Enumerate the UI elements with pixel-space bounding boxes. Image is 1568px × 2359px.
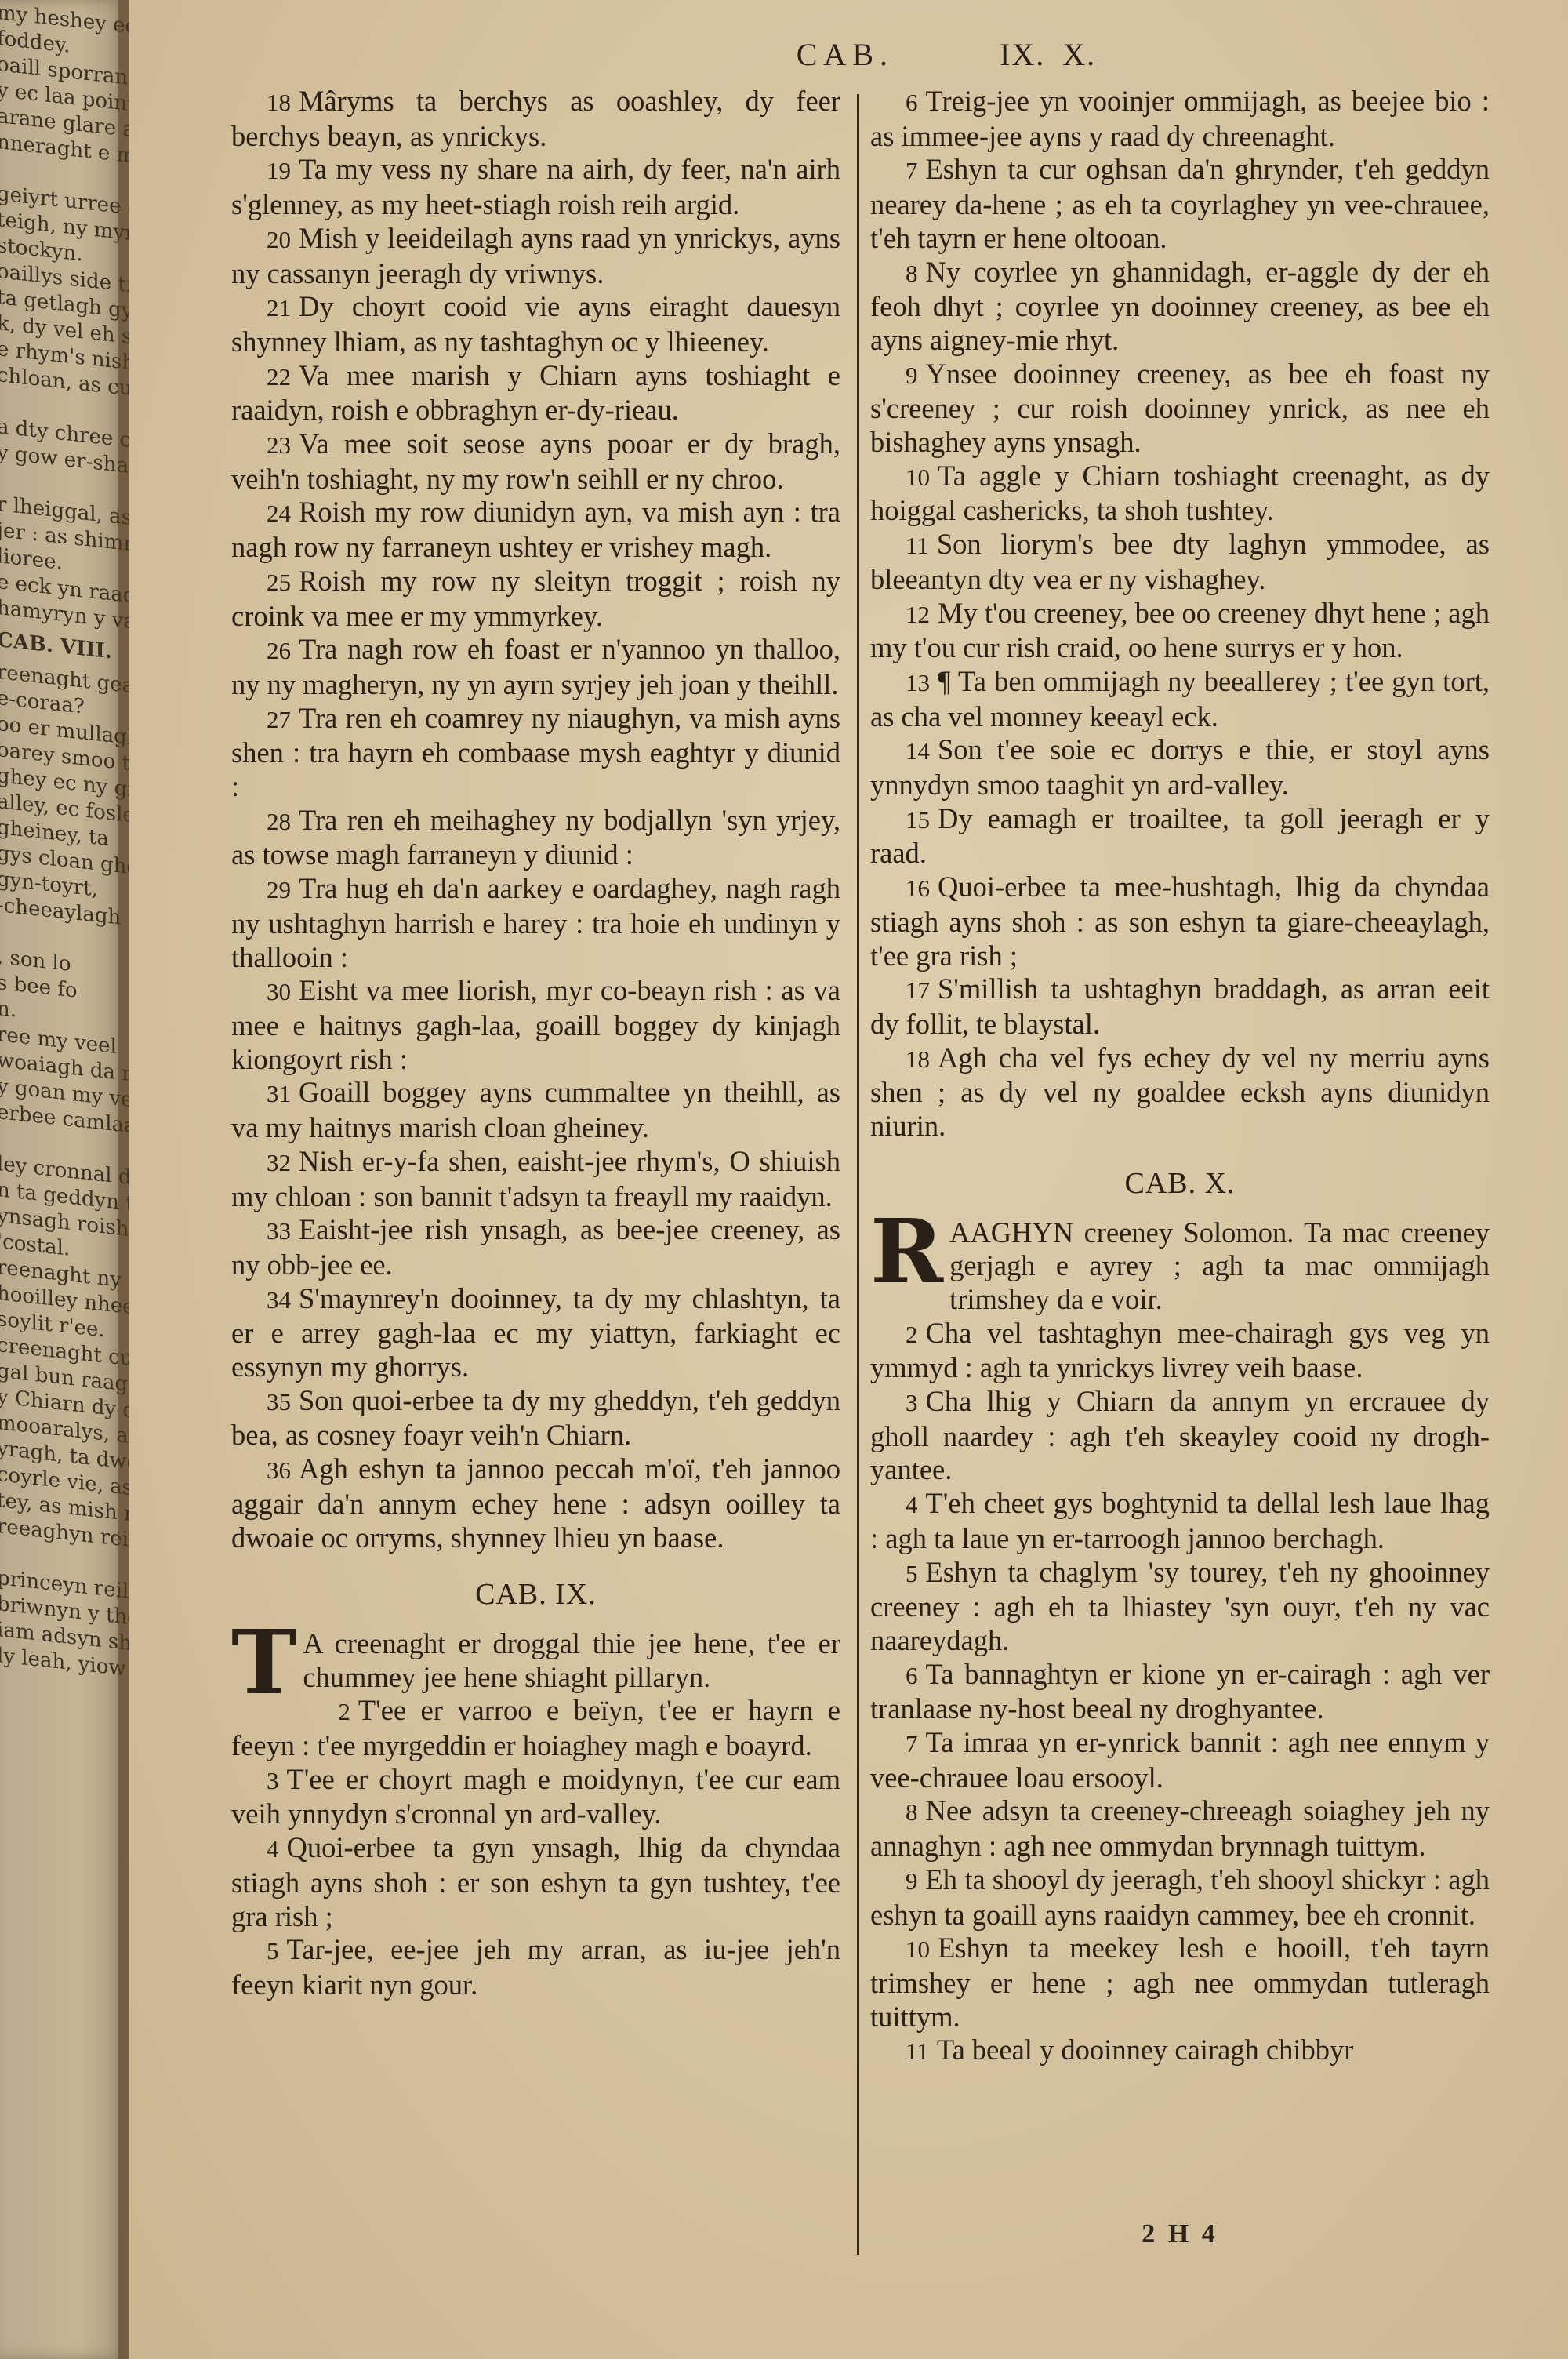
verse: 4Quoi-erbee ta gyn ynsagh, lhig da chynd…: [231, 1831, 840, 1933]
verse-text: Ta bannaghtyn er kione yn er-cairagh : a…: [870, 1658, 1490, 1725]
verse: 8Nee adsyn ta creeney-chreeagh soiaghey …: [870, 1794, 1490, 1863]
verse-text: Ny coyrlee yn ghannidagh, er-aggle dy de…: [870, 256, 1490, 356]
verse-text: Dy eamagh er troailtee, ta goll jeeragh …: [870, 802, 1490, 870]
verse-text: T'eh cheet gys boghtynid ta dellal lesh …: [870, 1487, 1490, 1554]
signature-mark: 2 H 4: [870, 2219, 1490, 2249]
chapter-title-ix: CAB. IX.: [231, 1578, 840, 1612]
verse-number: 3: [906, 1389, 918, 1416]
verse-number: 18: [906, 1045, 930, 1073]
verse: 35Son quoi-erbee ta dy my gheddyn, t'eh …: [231, 1384, 840, 1452]
verse: 9Ynsee dooinney creeney, as bee eh foast…: [870, 358, 1490, 460]
verse-number: 19: [267, 157, 291, 184]
verse-text: Mish y leeideilagh ayns raad yn ynrickys…: [231, 222, 840, 289]
verse-text: S'millish ta ushtaghyn braddagh, as arra…: [870, 972, 1490, 1040]
verse-text: Roish my row diunidyn ayn, va mish ayn :…: [231, 496, 840, 563]
verse: 9Eh ta shooyl dy jeeragh, t'eh shooyl sh…: [870, 1863, 1490, 1932]
verse: 10Ta aggle y Chiarn toshiaght creenaght,…: [870, 460, 1490, 528]
verse-text: S'maynrey'n dooinney, ta dy my chlashtyn…: [231, 1282, 840, 1383]
column-rule: [857, 94, 859, 2255]
verse-number: 4: [267, 1835, 279, 1863]
verse-number: 7: [906, 1730, 918, 1757]
verse-text: Quoi-erbee ta gyn ynsagh, lhig da chynda…: [231, 1831, 840, 1932]
verse-number: 2: [338, 1698, 350, 1725]
verse-number: 29: [267, 876, 291, 903]
verse-text: T'ee er choyrt magh e moidynyn, t'ee cur…: [231, 1763, 840, 1830]
verse-number: 4: [906, 1491, 918, 1518]
verse: 18Agh cha vel fys echey dy vel ny merriu…: [870, 1041, 1490, 1143]
verse: 10Eshyn ta meekey lesh e hooill, t'eh ta…: [870, 1932, 1490, 2034]
verse: 5Tar-jee, ee-jee jeh my arran, as iu-jee…: [231, 1933, 840, 2001]
verse-text: Va mee soit seose ayns pooar er dy bragh…: [231, 427, 840, 495]
verse-text: Eshyn ta chaglym 'sy tourey, t'eh ny gho…: [870, 1556, 1490, 1656]
verse: 36Agh eshyn ta jannoo peccah m'oï, t'eh …: [231, 1452, 840, 1554]
verse: 6Treig-jee yn vooinjer ommijagh, as beej…: [870, 85, 1490, 153]
verse-number: 28: [267, 808, 291, 835]
verse: 13¶ Ta ben ommijagh ny beeallerey ; t'ee…: [870, 665, 1490, 733]
verse-text: Tra hug eh da'n aarkey e oardaghey, nagh…: [231, 872, 840, 972]
verse: 6Ta bannaghtyn er kione yn er-cairagh : …: [870, 1658, 1490, 1726]
verse: 14Son t'ee soie ec dorrys e thie, er sto…: [870, 733, 1490, 801]
verse-text: ¶ Ta ben ommijagh ny beeallerey ; t'ee g…: [870, 665, 1490, 732]
verse-number: 5: [267, 1937, 279, 1965]
verse: 2Cha vel tashtaghyn mee-chairagh gys veg…: [870, 1317, 1490, 1385]
verse-text: Eshyn ta meekey lesh e hooill, t'eh tayr…: [870, 1932, 1490, 2032]
left-column: 18Mâryms ta berchys as ooashley, dy feer…: [231, 85, 840, 2002]
chapter-title-x: CAB. X.: [870, 1167, 1490, 1201]
verse-number: 10: [906, 1936, 930, 1963]
verse-number: 6: [906, 1662, 918, 1689]
verse: 3T'ee er choyrt magh e moidynyn, t'ee cu…: [231, 1763, 840, 1831]
verse-text: Tra ren eh coamrey ny niaughyn, va mish …: [231, 702, 840, 802]
verse-number: 12: [906, 601, 930, 628]
verse: 11Ta beeal y dooinney cairagh chibbyr: [870, 2034, 1490, 2069]
verse-number: 25: [267, 569, 291, 596]
verse-text: Agh cha vel fys echey dy vel ny merriu a…: [870, 1041, 1490, 1142]
verse-text: Quoi-erbee ta mee-hushtagh, lhig da chyn…: [870, 871, 1490, 971]
verse: 8Ny coyrlee yn ghannidagh, er-aggle dy d…: [870, 256, 1490, 358]
verse-number: 7: [906, 157, 918, 184]
verse-text: Ynsee dooinney creeney, as bee eh foast …: [870, 358, 1490, 458]
book-spread: my heshey ec y thie,foddey.oaill sporran…: [0, 0, 1568, 2359]
verse-number: 3: [267, 1767, 279, 1794]
verse: 4T'eh cheet gys boghtynid ta dellal lesh…: [870, 1487, 1490, 1555]
verse: 28Tra ren eh meihaghey ny bodjallyn 'syn…: [231, 804, 840, 872]
verse: 3Cha lhig y Chiarn da annym yn ercrauee …: [870, 1385, 1490, 1487]
verse-text: Cha vel tashtaghyn mee-chairagh gys veg …: [870, 1317, 1490, 1384]
verse: 33Eaisht-jee rish ynsagh, as bee-jee cre…: [231, 1213, 840, 1281]
verse-number: 13: [906, 669, 930, 696]
verse: 32Nish er-y-fa shen, eaisht-jee rhym's, …: [231, 1145, 840, 1213]
verse-text: Ta aggle y Chiarn toshiaght creenaght, a…: [870, 460, 1490, 527]
right-column-verses-bottom: 2Cha vel tashtaghyn mee-chairagh gys veg…: [870, 1317, 1490, 2069]
verse: 25Roish my row ny sleityn troggit ; rois…: [231, 565, 840, 633]
verse: 20Mish y leeideilagh ayns raad yn ynrick…: [231, 222, 840, 290]
verse-text: Agh eshyn ta jannoo peccah m'oï, t'eh ja…: [231, 1452, 840, 1553]
verse-text: Cha lhig y Chiarn da annym yn ercrauee d…: [870, 1385, 1490, 1485]
verse-text: Tar-jee, ee-jee jeh my arran, as iu-jee …: [231, 1933, 840, 2001]
running-head: CAB. IX. X.: [129, 36, 1568, 75]
verse-number: 15: [906, 806, 930, 834]
verse-text: Nish er-y-fa shen, eaisht-jee rhym's, O …: [231, 1145, 840, 1212]
verse-text: Eaisht-jee rish ynsagh, as bee-jee creen…: [231, 1213, 840, 1281]
drop-cap: T: [231, 1630, 296, 1696]
chapter-opening-text: AAGHYN creeney Solomon. Ta mac creeney g…: [949, 1216, 1490, 1315]
verse-number: 11: [906, 532, 929, 559]
left-facing-page: my heshey ec y thie,foddey.oaill sporran…: [0, 0, 129, 2359]
verse: 7Eshyn ta cur oghsan da'n ghrynder, t'eh…: [870, 153, 1490, 255]
verse-text: Son quoi-erbee ta dy my gheddyn, t'eh ge…: [231, 1384, 840, 1452]
left-page-text-fragments: my heshey ec y thie,foddey.oaill sporran…: [0, 0, 129, 1685]
right-page: CAB. IX. X. 18Mâryms ta berchys as ooash…: [129, 0, 1568, 2359]
verse-number: 6: [906, 89, 918, 116]
running-head-left: CAB.: [797, 36, 894, 73]
chapter-opening-text: A creenaght er droggal thie jee hene, t'…: [303, 1627, 840, 1693]
verse-text: Son t'ee soie ec dorrys e thie, er stoyl…: [870, 733, 1490, 801]
verse: 17S'millish ta ushtaghyn braddagh, as ar…: [870, 972, 1490, 1041]
verse-number: 22: [267, 363, 291, 391]
verse-number: 30: [267, 978, 291, 1005]
verse: 2T'ee er varroo e beïyn, t'ee er hayrn e…: [231, 1694, 840, 1762]
verse-number: 11: [906, 2037, 929, 2065]
verse-text: My t'ou creeney, bee oo creeney dhyt hen…: [870, 597, 1490, 664]
verse-number: 27: [267, 706, 291, 733]
verse-text: Mâryms ta berchys as ooashley, dy feer b…: [231, 85, 840, 152]
verse-number: 17: [906, 976, 930, 1004]
verse-text: T'ee er varroo e beïyn, t'ee er hayrn e …: [231, 1694, 840, 1761]
verse-number: 8: [906, 260, 918, 287]
right-column: 6Treig-jee yn vooinjer ommijagh, as beej…: [870, 85, 1490, 2069]
verse-number: 18: [267, 89, 291, 116]
verse-number: 31: [267, 1080, 291, 1107]
verse-text: Treig-jee yn vooinjer ommijagh, as beeje…: [870, 85, 1490, 152]
left-column-verses-bottom: 2T'ee er varroo e beïyn, t'ee er hayrn e…: [231, 1694, 840, 2001]
verse-number: 14: [906, 737, 930, 765]
verse: 5Eshyn ta chaglym 'sy tourey, t'eh ny gh…: [870, 1556, 1490, 1658]
verse-text: Dy choyrt cooid vie ayns eiraght dauesyn…: [231, 290, 840, 358]
verse-text: Nee adsyn ta creeney-chreeagh soiaghey j…: [870, 1794, 1490, 1862]
verse-text: Eshyn ta cur oghsan da'n ghrynder, t'eh …: [870, 153, 1490, 253]
verse-number: 2: [906, 1321, 918, 1348]
verse-number: 9: [906, 1867, 918, 1895]
drop-cap: R: [870, 1219, 943, 1285]
chapter-opening-ix: TA creenaght er droggal thie jee hene, t…: [231, 1627, 840, 1694]
running-head-right: IX. X.: [1000, 36, 1096, 73]
verse-text: Va mee marish y Chiarn ayns toshiaght e …: [231, 359, 840, 427]
verse: 31Goaill boggey ayns cummaltee yn theihl…: [231, 1076, 840, 1144]
chapter-opening-x: RAAGHYN creeney Solomon. Ta mac creeney …: [870, 1216, 1490, 1317]
verse-number: 33: [267, 1217, 291, 1245]
verse: 12My t'ou creeney, bee oo creeney dhyt h…: [870, 597, 1490, 665]
verse-text: Eisht va mee liorish, myr co-beayn rish …: [231, 974, 840, 1074]
verse-number: 23: [267, 431, 291, 459]
verse: 15Dy eamagh er troailtee, ta goll jeerag…: [870, 802, 1490, 871]
verse: 19Ta my vess ny share na airh, dy feer, …: [231, 153, 840, 221]
verse-number: 35: [267, 1388, 291, 1416]
verse-text: Ta imraa yn er-ynrick bannit : agh nee e…: [870, 1726, 1490, 1794]
verse-text: Eh ta shooyl dy jeeragh, t'eh shooyl shi…: [870, 1863, 1490, 1931]
verse-number: 34: [267, 1286, 291, 1314]
verse-number: 5: [906, 1560, 918, 1587]
verse: 34S'maynrey'n dooinney, ta dy my chlasht…: [231, 1282, 840, 1384]
verse-number: 9: [906, 362, 918, 389]
verse-text: Roish my row ny sleityn troggit ; roish …: [231, 565, 840, 632]
verse: 29Tra hug eh da'n aarkey e oardaghey, na…: [231, 872, 840, 974]
verse-number: 21: [267, 294, 291, 322]
right-column-verses-top: 6Treig-jee yn vooinjer ommijagh, as beej…: [870, 85, 1490, 1143]
verse-text: Tra ren eh meihaghey ny bodjallyn 'syn y…: [231, 804, 840, 871]
verse: 18Mâryms ta berchys as ooashley, dy feer…: [231, 85, 840, 153]
verse: 30Eisht va mee liorish, myr co-beayn ris…: [231, 974, 840, 1076]
verse-number: 10: [906, 463, 930, 491]
verse: 22Va mee marish y Chiarn ayns toshiaght …: [231, 359, 840, 427]
verse-text: Ta my vess ny share na airh, dy feer, na…: [231, 153, 840, 220]
verse-text: Goaill boggey ayns cummaltee yn theihll,…: [231, 1076, 840, 1143]
verse-number: 32: [267, 1149, 291, 1176]
verse-number: 36: [267, 1456, 291, 1484]
verse-number: 20: [267, 226, 291, 253]
verse-text: Tra nagh row eh foast er n'yannoo yn tha…: [231, 633, 840, 700]
verse: 7Ta imraa yn er-ynrick bannit : agh nee …: [870, 1726, 1490, 1794]
verse-number: 16: [906, 874, 930, 902]
left-column-verses-top: 18Mâryms ta berchys as ooashley, dy feer…: [231, 85, 840, 1554]
verse-number: 8: [906, 1798, 918, 1826]
verse: 23Va mee soit seose ayns pooar er dy bra…: [231, 427, 840, 496]
verse: 11Son liorym's bee dty laghyn ymmodee, a…: [870, 528, 1490, 596]
verse: 26Tra nagh row eh foast er n'yannoo yn t…: [231, 633, 840, 701]
verse-text: Son liorym's bee dty laghyn ymmodee, as …: [870, 528, 1490, 595]
verse-number: 24: [267, 500, 291, 527]
verse-number: 26: [267, 637, 291, 664]
verse: 16Quoi-erbee ta mee-hushtagh, lhig da ch…: [870, 871, 1490, 972]
verse-text: Ta beeal y dooinney cairagh chibbyr: [937, 2034, 1354, 2066]
verse: 27Tra ren eh coamrey ny niaughyn, va mis…: [231, 702, 840, 804]
verse: 21Dy choyrt cooid vie ayns eiraght daues…: [231, 290, 840, 358]
verse: 24Roish my row diunidyn ayn, va mish ayn…: [231, 496, 840, 564]
